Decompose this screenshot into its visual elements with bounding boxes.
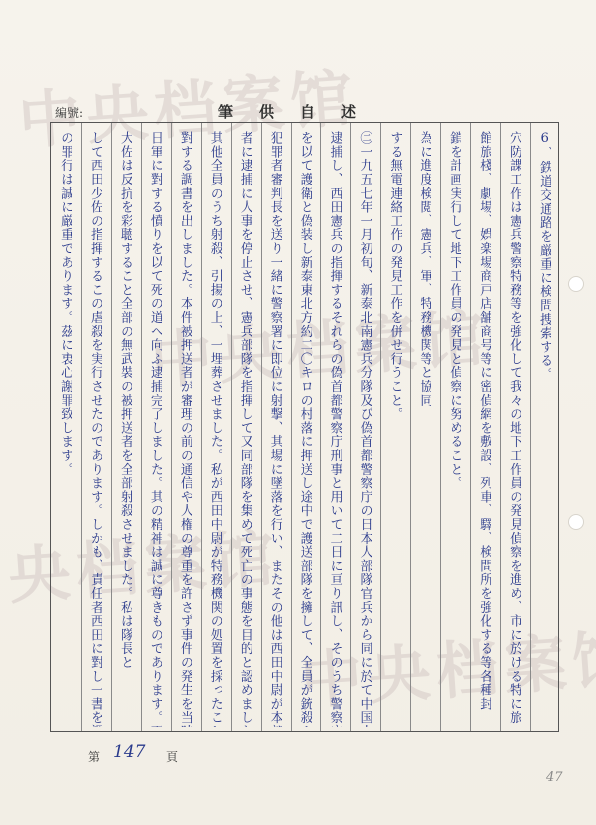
page-title: 筆供自述	[200, 101, 400, 122]
handwritten-column: して西田少佐の指揮するこの虐殺を実行させたのであります。しかも、責任者西田に對し…	[89, 131, 102, 727]
column-rule	[201, 123, 202, 731]
column-rule	[530, 123, 531, 731]
handwritten-column: 鎖を計画実行して地下工作員の発見と偵察に努めること。	[448, 131, 461, 727]
manuscript-page: 中央档案馆 中央档案馆 中央档案馆 中央档案馆 編號: 筆供自述 6、鉄道交通路…	[0, 0, 596, 825]
page-label-prefix: 第	[88, 748, 100, 765]
handwritten-column: 穴防諜工作は憲兵警察特務等を強化して我々の地下工作員の発見偵察を進め、市に於ける…	[508, 131, 521, 727]
handwritten-column: 犯罪者審判長を送り一緒に警察署に即位に射撃、其場に墜落を行い、またその他は西田中…	[269, 131, 282, 727]
handwritten-column: 對する調書を出しました。本件被押送者が審理の前の通信や人権の尊重を許さず事件の発…	[179, 131, 192, 727]
page-label-suffix: 頁	[166, 748, 178, 765]
handwritten-column: の罪行は誠に厳重であります。茲に衷心謝罪致します。	[59, 131, 72, 727]
column-rule	[291, 123, 292, 731]
handwritten-column: 為に進度検閲、憲兵、軍、特務機関等と協同	[418, 131, 431, 727]
column-rule	[111, 123, 112, 731]
column-rule	[500, 123, 501, 731]
handwritten-column: 日軍に對する憤りを以て死の道へ向ふ逮捕完了しました。其の精神は誠に尊きものであり…	[149, 131, 162, 727]
column-rule	[141, 123, 142, 731]
handwritten-column: 其他全員のうち射殺、引揚の上、一埋葬させました。私が西田中尉が特務機関の処置を採…	[209, 131, 222, 727]
column-rule	[171, 123, 172, 731]
handwritten-column: 大佐は反抗を彩聴すること全部の無武裝の被押送者を全部射殺させました。私は隊長と	[119, 131, 132, 727]
column-rule	[470, 123, 471, 731]
column-rule	[231, 123, 232, 731]
handwritten-column: する無電連絡工作の発見工作を併せ行うこと。	[388, 131, 401, 727]
archive-folio-number: 47	[546, 770, 563, 785]
column-rule	[380, 123, 381, 731]
header-number-label: 編號:	[55, 104, 83, 121]
handwritten-column: 6、鉄道交通路を厳重に検問捜索する。	[538, 131, 551, 727]
handwritten-column: 逮捕し、西田憲兵の指揮するそれらの偽首都警察庁刑事と用いて二日に亘り訊し、そのう…	[328, 131, 341, 727]
page-number: 147	[113, 742, 145, 762]
column-rule	[81, 123, 82, 731]
column-rule	[410, 123, 411, 731]
column-rule	[261, 123, 262, 731]
punch-hole	[568, 514, 584, 530]
handwritten-column: ㊁一九五七年一月初旬、新泰北南憲兵分隊及び偽首都警察庁の日本人部隊官兵から同に於…	[358, 131, 371, 727]
column-rule	[320, 123, 321, 731]
punch-hole	[568, 276, 584, 292]
column-rule	[350, 123, 351, 731]
handwritten-column: 館旅棧、劇場、娯楽場商戸店舗商号等に密偵網を敷設、列車、驛、検問所を強化する等各…	[478, 131, 491, 727]
handwritten-column: 者に逮捕に人事を停止させ、憲兵部隊を指揮して又同部隊を集めて死亡の事態を目的と認…	[239, 131, 252, 727]
ruled-writing-frame: 6、鉄道交通路を厳重に検問捜索する。穴防諜工作は憲兵警察特務等を強化して我々の地…	[50, 122, 559, 732]
handwritten-column: を以て護衛と偽装し新泰東北方約二〇キロの村落に押送し途中で護送部隊を擁して、全員…	[299, 131, 312, 727]
column-rule	[440, 123, 441, 731]
